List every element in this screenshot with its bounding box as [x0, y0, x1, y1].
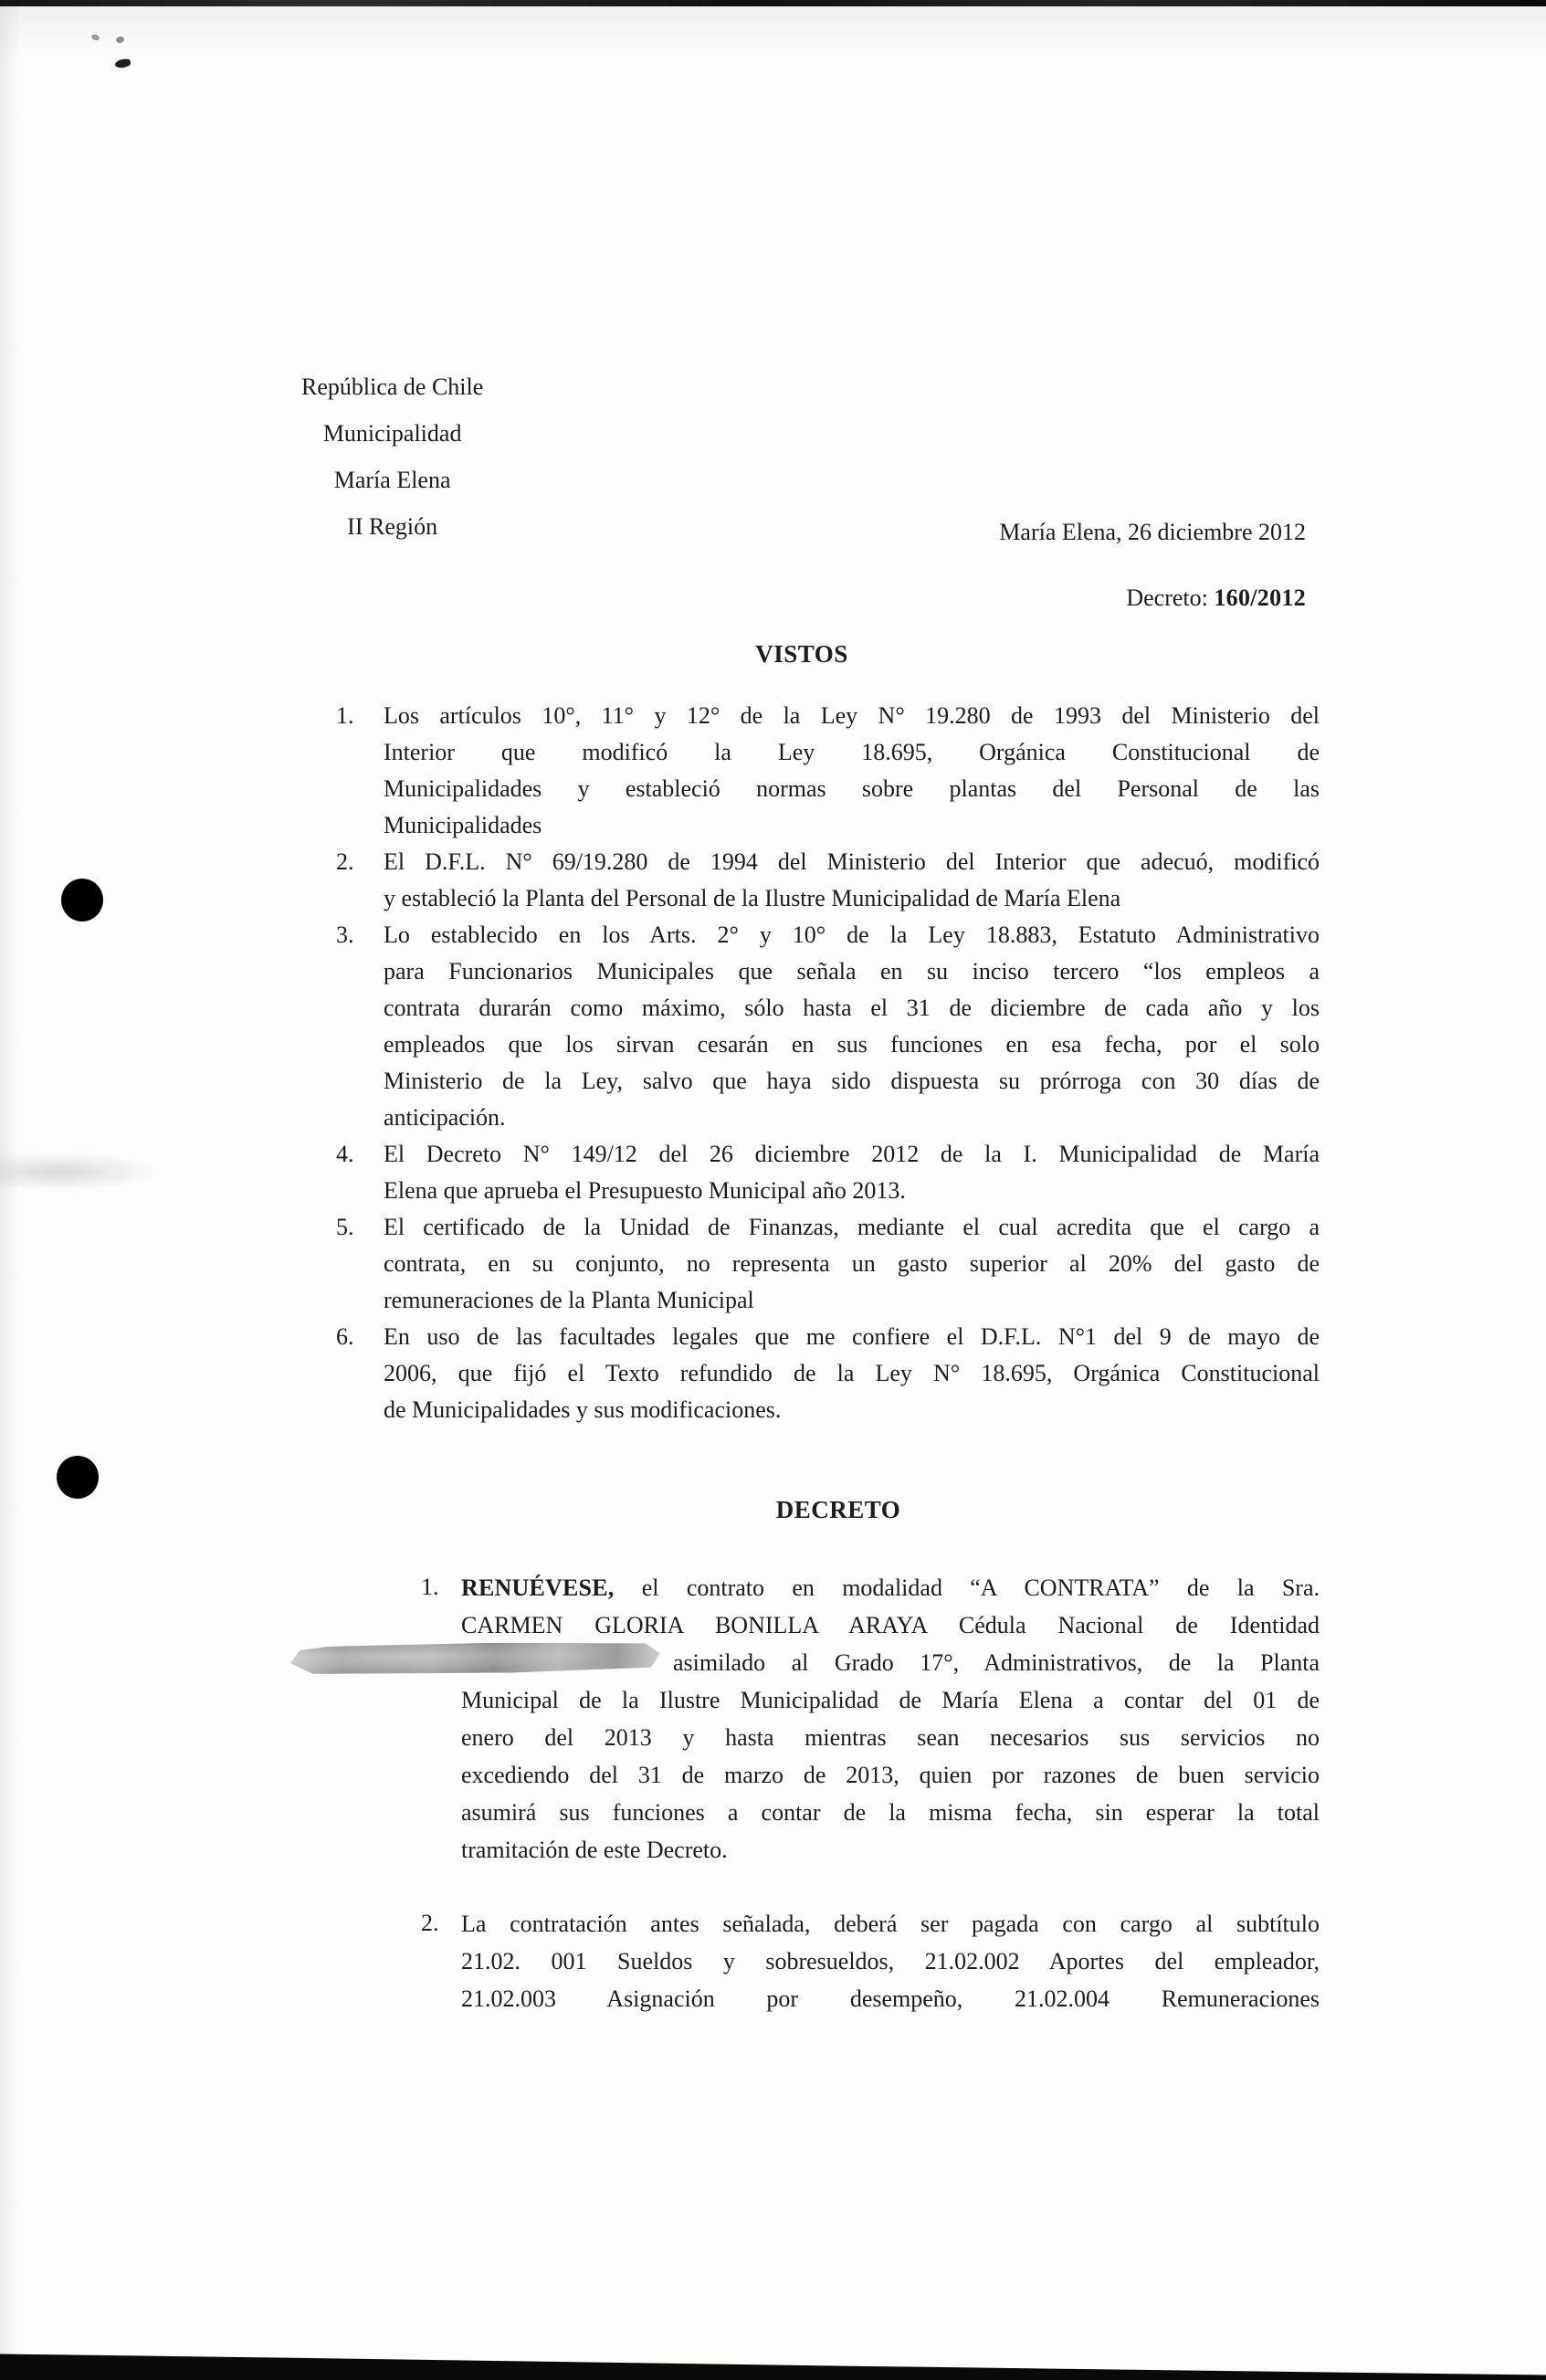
- list-item: 4.El Decreto N° 149/12 del 26 diciembre …: [384, 1136, 1320, 1209]
- letterhead-line: República de Chile: [301, 363, 483, 410]
- list-item: 1.Los artículos 10°, 11° y 12° de la Ley…: [384, 698, 1320, 844]
- text-line: 2006, que fijó el Texto refundido de la …: [384, 1355, 1320, 1392]
- list-item: 5.El certificado de la Unidad de Finanza…: [384, 1209, 1320, 1319]
- list-number: 1.: [421, 1569, 439, 1606]
- decree-label: Decreto:: [1126, 584, 1208, 611]
- letterhead-line: María Elena: [301, 457, 483, 503]
- scan-bottom-edge: [0, 2349, 1546, 2380]
- text-line: excediendo del 31 de marzo de 2013, quie…: [461, 1756, 1320, 1794]
- list-number: 2.: [336, 844, 354, 880]
- letterhead-line: Municipalidad: [301, 410, 483, 457]
- list-number: 6.: [336, 1319, 354, 1355]
- scan-speck: [115, 36, 125, 44]
- decree-number: 160/2012: [1214, 584, 1306, 611]
- list-item: 1.RENUÉVESE, el contrato en modalidad “A…: [461, 1569, 1320, 1869]
- list-item: 3.Lo establecido en los Arts. 2° y 10° d…: [384, 917, 1320, 1136]
- letterhead-line: II Región: [301, 503, 483, 550]
- text-line: Los artículos 10°, 11° y 12° de la Ley N…: [384, 698, 1320, 734]
- text-line: 21.02.003 Asignación por desempeño, 21.0…: [461, 1980, 1320, 2017]
- text-line: CARMEN GLORIA BONILLA ARAYA Cédula Nacio…: [461, 1606, 1320, 1644]
- list-number: 5.: [336, 1209, 354, 1246]
- text-line: Interior que modificó la Ley 18.695, Org…: [384, 734, 1320, 771]
- text-line: 21.02. 001 Sueldos y sobresueldos, 21.02…: [461, 1943, 1320, 1980]
- text-line: El Decreto N° 149/12 del 26 diciembre 20…: [384, 1136, 1320, 1173]
- text-line: En uso de las facultades legales que me …: [384, 1319, 1320, 1355]
- text-line: El certificado de la Unidad de Finanzas,…: [384, 1209, 1320, 1246]
- list-number: 2.: [421, 1905, 439, 1942]
- text-line: La contratación antes señalada, deberá s…: [461, 1905, 1320, 1943]
- list-number: 1.: [336, 698, 354, 734]
- text-line: contrata, en su conjunto, no representa …: [384, 1246, 1320, 1282]
- text-line: y estableció la Planta del Personal de l…: [384, 880, 1320, 917]
- dateline: María Elena, 26 diciembre 2012: [999, 519, 1306, 546]
- scan-top-edge: [0, 0, 1546, 6]
- text-line: Elena que aprueba el Presupuesto Municip…: [384, 1173, 1320, 1209]
- text-line: Municipalidades y estableció normas sobr…: [384, 771, 1320, 807]
- text-line: El D.F.L. N° 69/19.280 de 1994 del Minis…: [384, 844, 1320, 880]
- text-line: Municipal de la Ilustre Municipalidad de…: [461, 1681, 1320, 1719]
- letterhead: República de Chile Municipalidad María E…: [301, 363, 483, 550]
- scan-smudge: [0, 1153, 160, 1191]
- vistos-list: 1.Los artículos 10°, 11° y 12° de la Ley…: [384, 698, 1320, 1428]
- text-line: Municipalidades: [384, 807, 1320, 844]
- list-item: 2.El D.F.L. N° 69/19.280 de 1994 del Min…: [384, 844, 1320, 917]
- text-line: enero del 2013 y hasta mientras sean nec…: [461, 1719, 1320, 1756]
- punch-hole-icon: [61, 879, 103, 921]
- list-item: 2.La contratación antes señalada, deberá…: [461, 1905, 1320, 2017]
- decree-number-line: Decreto: 160/2012: [1126, 584, 1306, 612]
- decreto-title: DECRETO: [776, 1496, 901, 1524]
- decreto-list: 1.RENUÉVESE, el contrato en modalidad “A…: [461, 1569, 1320, 2017]
- punch-hole-icon: [57, 1456, 99, 1499]
- text-line: remuneraciones de la Planta Municipal: [384, 1282, 1320, 1319]
- text-line: RENUÉVESE, el contrato en modalidad “A C…: [461, 1569, 1320, 1606]
- list-item: 6.En uso de las facultades legales que m…: [384, 1319, 1320, 1428]
- text-line: empleados que los sirvan cesarán en sus …: [384, 1027, 1320, 1063]
- text-line: tramitación de este Decreto.: [461, 1831, 1320, 1869]
- vistos-title: VISTOS: [755, 640, 848, 669]
- scan-speck: [114, 58, 131, 68]
- scan-speck: [90, 34, 100, 42]
- text-line: anticipación.: [384, 1100, 1320, 1136]
- text-line: asumirá sus funciones a contar de la mis…: [461, 1794, 1320, 1831]
- text-line: Lo establecido en los Arts. 2° y 10° de …: [384, 917, 1320, 953]
- text-line: de Municipalidades y sus modificaciones.: [384, 1392, 1320, 1428]
- redaction-band: [290, 1641, 660, 1676]
- list-number: 4.: [336, 1136, 354, 1173]
- scanned-decree-page: República de Chile Municipalidad María E…: [0, 0, 1546, 2380]
- text-line: para Funcionarios Municipales que señala…: [384, 953, 1320, 990]
- text-line: Ministerio de la Ley, salvo que haya sid…: [384, 1063, 1320, 1100]
- text-line: asimilado al Grado 17°, Administrativos,…: [461, 1644, 1320, 1681]
- list-number: 3.: [336, 917, 354, 953]
- text-line: contrata durarán como máximo, sólo hasta…: [384, 990, 1320, 1027]
